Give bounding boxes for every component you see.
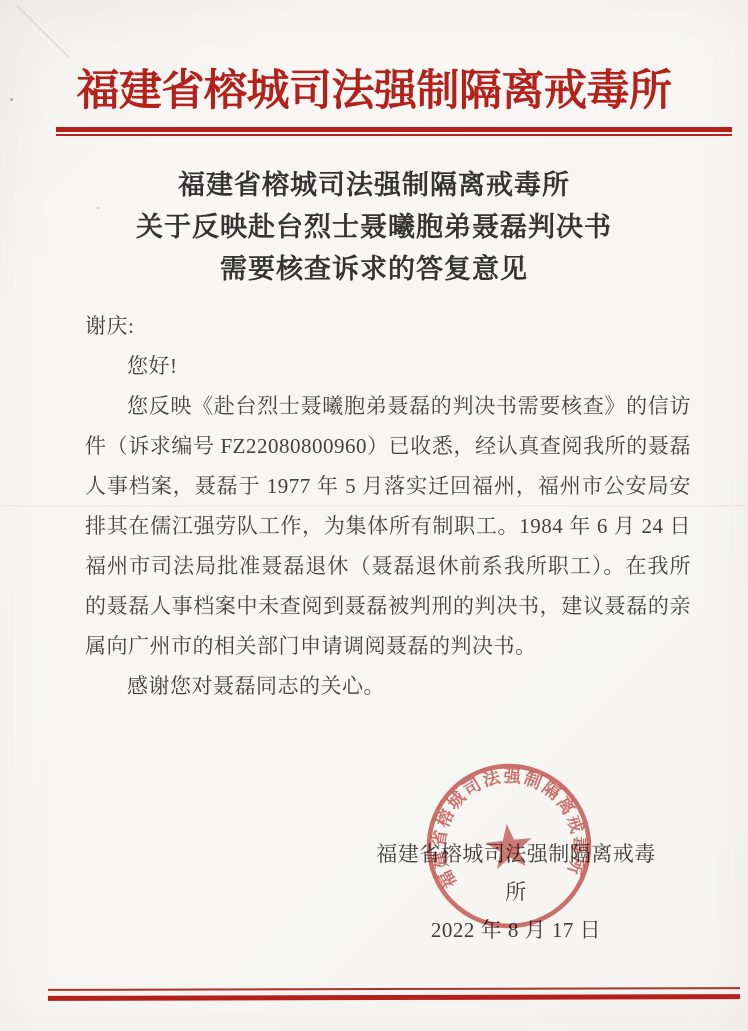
body-paragraph-2: 感谢您对聂磊同志的关心。 — [85, 666, 691, 706]
document-title-line3: 需要核查诉求的答复意见 — [0, 248, 748, 290]
letter-page: 福建省榕城司法强制隔离戒毒所 福建省榕城司法强制隔离戒毒所 关于反映赴台烈士聂曦… — [0, 0, 748, 1031]
signature-org-name: 福建省榕城司法强制隔离戒毒所 — [368, 835, 664, 911]
paper-crease — [17, 6, 69, 58]
document-title-line1: 福建省榕城司法强制隔离戒毒所 — [0, 164, 748, 206]
document-title: 福建省榕城司法强制隔离戒毒所 关于反映赴台烈士聂曦胞弟聂磊判决书 需要核查诉求的… — [0, 164, 748, 290]
letter-body: 谢庆: 您好! 您反映《赴台烈士聂曦胞弟聂磊的判决书需要核查》的信访件（诉求编号… — [85, 306, 691, 706]
body-paragraph-1: 您反映《赴台烈士聂曦胞弟聂磊的判决书需要核查》的信访件（诉求编号 FZ22080… — [85, 386, 691, 666]
greeting: 您好! — [85, 346, 691, 386]
signature-date: 2022 年 8 月 17 日 — [368, 911, 664, 949]
footer-divider — [48, 988, 740, 1000]
signature-block: 福建省榕城司法强制隔离戒毒所 2022 年 8 月 17 日 — [368, 835, 664, 949]
letterhead-divider — [56, 127, 732, 136]
letterhead-org-name: 福建省榕城司法强制隔离戒毒所 — [0, 57, 748, 118]
salutation: 谢庆: — [85, 306, 691, 346]
document-title-line2: 关于反映赴台烈士聂曦胞弟聂磊判决书 — [0, 206, 748, 248]
